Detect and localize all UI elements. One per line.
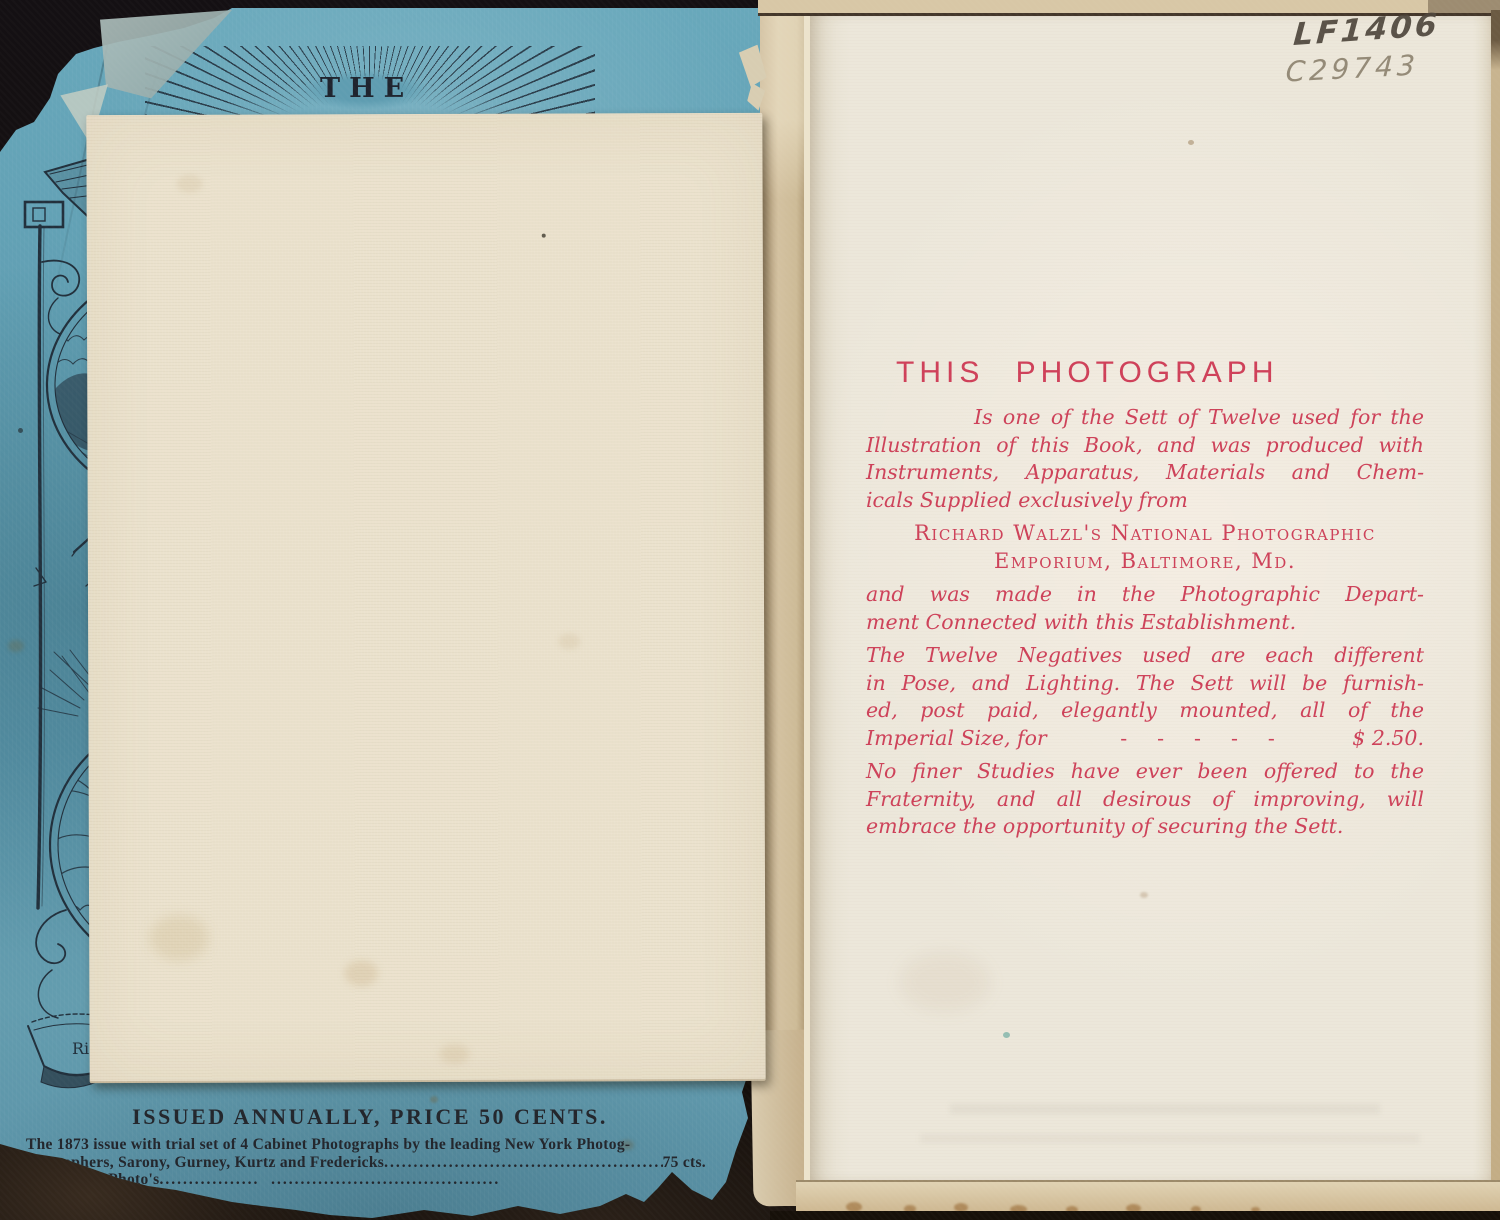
show-through-ghost xyxy=(920,1134,1420,1143)
advertisement-text: Is one of the Sett of Twelve used for th… xyxy=(866,404,1424,841)
price-dash-leader: ----- xyxy=(1047,725,1353,753)
book-cover-shadow xyxy=(770,1211,1500,1220)
supplier-name-line: Richard Walzl's National Photographic xyxy=(866,520,1424,548)
price-amount: $ 2.50. xyxy=(1352,725,1424,753)
note-line-2-price: 75 cts. xyxy=(663,1154,706,1172)
text-line: ment Connected with this Establishment. xyxy=(866,609,1424,637)
masthead-the: THE xyxy=(300,70,429,110)
supplier-city-line: Emporium, Baltimore, Md. xyxy=(866,548,1424,576)
book-scan: THE xyxy=(0,0,1500,1220)
dot-leader: ........................................… xyxy=(384,1154,662,1172)
text-line: No finer Studies have ever been offered … xyxy=(866,758,1424,786)
note-line-1: The 1873 issue with trial set of 4 Cabin… xyxy=(26,1136,706,1154)
text-line: ed, post paid, elegantly mounted, all of… xyxy=(866,697,1424,725)
note-line-2-text: raphers, Sarony, Gurney, Kurtz and Frede… xyxy=(56,1154,384,1172)
price-line: Imperial Size, for ----- $ 2.50. xyxy=(866,725,1424,753)
blank-overlay-sheet xyxy=(86,113,765,1083)
note-line-3: he Photo's................. ............… xyxy=(88,1171,608,1189)
text-line: Is one of the Sett of Twelve used for th… xyxy=(866,404,1424,432)
stain xyxy=(1188,140,1194,145)
text-line: in Pose, and Lighting. The Sett will be … xyxy=(866,670,1424,698)
speck xyxy=(542,234,546,238)
note-line-2: raphers, Sarony, Gurney, Kurtz and Frede… xyxy=(56,1154,706,1172)
stain xyxy=(344,960,378,986)
issued-annually-line: ISSUED ANNUALLY, PRICE 50 CENTS. xyxy=(30,1104,710,1130)
text-line: and was made in the Photographic Depart- xyxy=(866,581,1424,609)
handwritten-accession-number-2: C29743 xyxy=(1285,49,1420,89)
stain xyxy=(8,640,24,652)
stain xyxy=(558,633,580,649)
stain xyxy=(177,175,203,193)
price-line-text: Imperial Size, for xyxy=(866,725,1047,753)
engraving-partial-caption: Ri xyxy=(72,1039,89,1058)
book-fore-edge xyxy=(1491,10,1500,1188)
dot-leader: ................. ......................… xyxy=(159,1171,608,1189)
note-line-3-text: he Photo's xyxy=(88,1171,159,1189)
speck xyxy=(1003,1032,1010,1038)
stain xyxy=(149,915,209,961)
stain xyxy=(440,1044,470,1064)
right-page: THIS PHOTOGRAPH Is one of the Sett of Tw… xyxy=(810,12,1500,1184)
text-line: icals Supplied exclusively from xyxy=(866,487,1424,515)
book-bottom-edge xyxy=(796,1180,1500,1215)
text-line: embrace the opportunity of securing the … xyxy=(866,813,1424,841)
stain xyxy=(900,952,990,1012)
page-heading: THIS PHOTOGRAPH xyxy=(896,356,1278,390)
text-line: Illustration of this Book, and was produ… xyxy=(866,432,1424,460)
stain xyxy=(430,1096,438,1103)
stain xyxy=(1140,892,1148,898)
text-line: Instruments, Apparatus, Materials and Ch… xyxy=(866,459,1424,487)
show-through-ghost xyxy=(950,1104,1380,1114)
stain xyxy=(18,428,23,433)
text-line: Fraternity, and all desirous of improvin… xyxy=(866,786,1424,814)
text-line: The Twelve Negatives used are each diffe… xyxy=(866,642,1424,670)
